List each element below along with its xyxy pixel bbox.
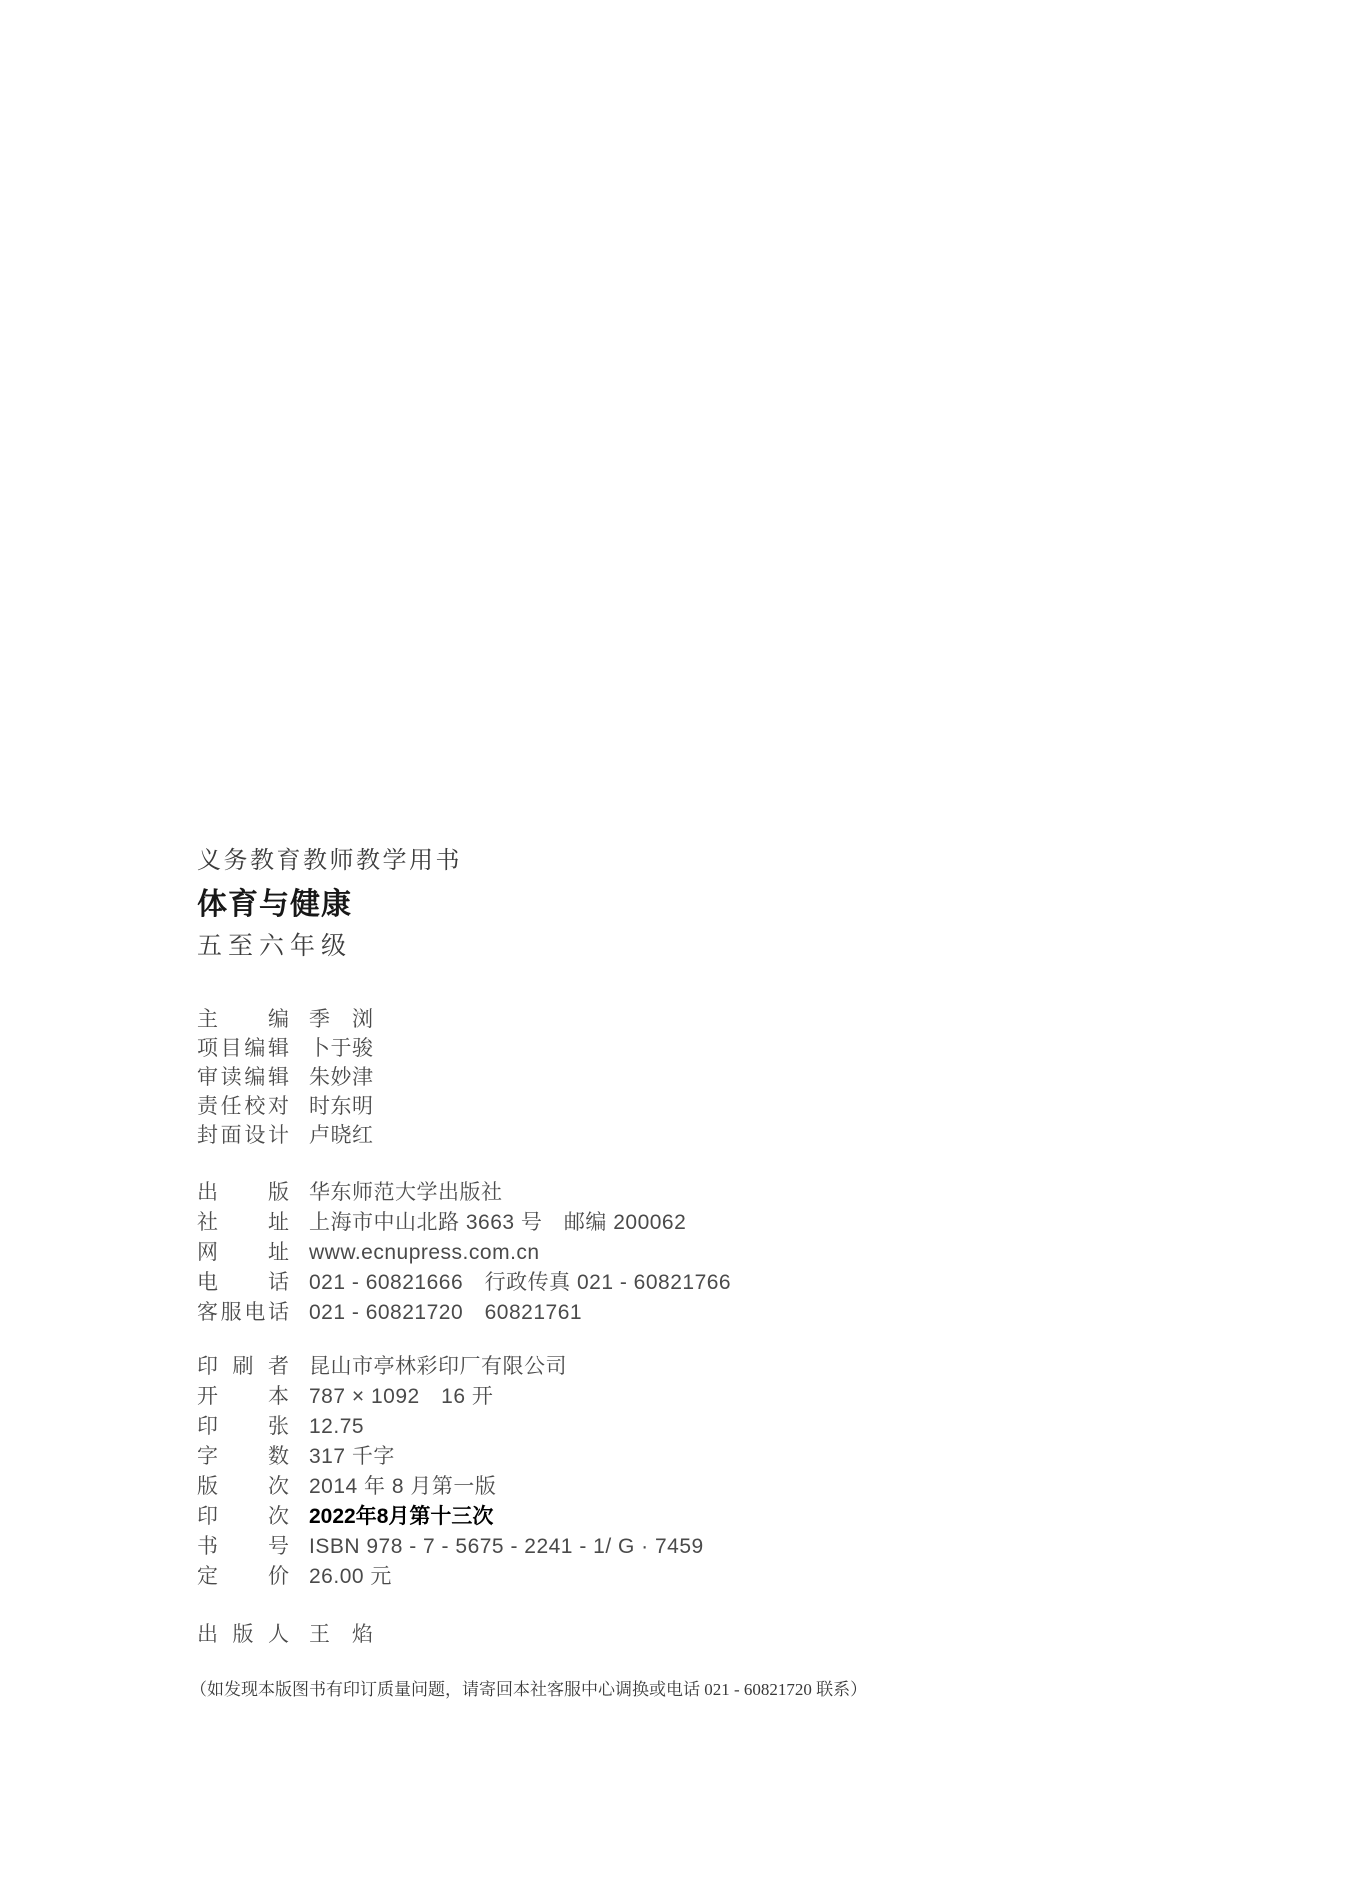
quality-notice-footnote: （如发现本版图书有印订质量问题，请寄回本社客服中心调换或电话 021 - 608…	[190, 1678, 1147, 1702]
staff-value: 季 浏	[309, 1005, 374, 1034]
printing-value: 昆山市亭林彩印厂有限公司	[309, 1352, 567, 1382]
printing-row-word-count: 字数 317 千字	[197, 1442, 1147, 1472]
grade-subtitle: 五至六年级	[197, 931, 1147, 963]
staff-label: 责任校对	[197, 1092, 289, 1121]
publisher-value: 021 - 60821666 行政传真 021 - 60821766	[309, 1268, 731, 1298]
printing-label: 书号	[197, 1532, 289, 1562]
staff-label: 主编	[197, 1005, 289, 1034]
printing-info-block: 印刷者 昆山市亭林彩印厂有限公司 开本 787 × 1092 16 开 印张 1…	[197, 1352, 1147, 1592]
staff-row-project-editor: 项目编辑 卜于骏	[197, 1034, 1147, 1063]
publisher-row-website: 网址 www.ecnupress.com.cn	[197, 1238, 1147, 1268]
staff-row-review-editor: 审读编辑 朱妙津	[197, 1063, 1147, 1092]
publisher-label: 网址	[197, 1238, 289, 1268]
printing-row-edition: 版次 2014 年 8 月第一版	[197, 1472, 1147, 1502]
printing-value: 12.75	[309, 1412, 364, 1442]
publisher-person-label: 出版人	[197, 1620, 289, 1650]
printing-label: 印次	[197, 1502, 289, 1532]
printing-label: 字数	[197, 1442, 289, 1472]
staff-row-chief-editor: 主编 季 浏	[197, 1005, 1147, 1034]
publisher-label: 客服电话	[197, 1298, 289, 1328]
staff-row-cover-designer: 封面设计 卢晓红	[197, 1121, 1147, 1150]
printing-label: 开本	[197, 1382, 289, 1412]
publisher-person-value: 王 焰	[309, 1620, 374, 1650]
publisher-row-service-phone: 客服电话 021 - 60821720 60821761	[197, 1298, 1147, 1328]
staff-label: 封面设计	[197, 1121, 289, 1150]
printing-row-sheets: 印张 12.75	[197, 1412, 1147, 1442]
staff-value: 卢晓红	[309, 1121, 374, 1150]
printing-row-price: 定价 26.00 元	[197, 1562, 1147, 1592]
publisher-row-address: 社址 上海市中山北路 3663 号 邮编 200062	[197, 1208, 1147, 1238]
publisher-label: 电话	[197, 1268, 289, 1298]
series-title: 义务教育教师教学用书	[197, 845, 1147, 877]
publisher-row-press: 出版 华东师范大学出版社	[197, 1178, 1147, 1208]
printing-value: 2014 年 8 月第一版	[309, 1472, 496, 1502]
staff-credits-block: 主编 季 浏 项目编辑 卜于骏 审读编辑 朱妙津 责任校对 时东明 封面设计 卢…	[197, 1005, 1147, 1150]
printing-value: 317 千字	[309, 1442, 395, 1472]
staff-label: 项目编辑	[197, 1034, 289, 1063]
publisher-value: 华东师范大学出版社	[309, 1178, 503, 1208]
publisher-label: 社址	[197, 1208, 289, 1238]
staff-row-proofreader: 责任校对 时东明	[197, 1092, 1147, 1121]
printing-label: 定价	[197, 1562, 289, 1592]
publisher-value: 021 - 60821720 60821761	[309, 1298, 582, 1328]
printing-label: 印刷者	[197, 1352, 289, 1382]
publisher-value: 上海市中山北路 3663 号 邮编 200062	[309, 1208, 686, 1238]
staff-value: 朱妙津	[309, 1063, 374, 1092]
printing-value: 787 × 1092 16 开	[309, 1382, 493, 1412]
staff-label: 审读编辑	[197, 1063, 289, 1092]
printing-row-impression: 印次 2022年8月第十三次	[197, 1502, 1147, 1532]
publisher-label: 出版	[197, 1178, 289, 1208]
printing-value: 26.00 元	[309, 1562, 392, 1592]
printing-value: 2022年8月第十三次	[309, 1502, 493, 1532]
printing-label: 版次	[197, 1472, 289, 1502]
printing-value: ISBN 978 - 7 - 5675 - 2241 - 1/ G · 7459	[309, 1532, 704, 1562]
colophon-page: 义务教育教师教学用书 体育与健康 五至六年级 主编 季 浏 项目编辑 卜于骏 审…	[197, 845, 1147, 1702]
publisher-person-block: 出版人 王 焰	[197, 1620, 1147, 1650]
book-title: 体育与健康	[197, 887, 1147, 923]
staff-value: 时东明	[309, 1092, 374, 1121]
staff-value: 卜于骏	[309, 1034, 374, 1063]
printing-label: 印张	[197, 1412, 289, 1442]
publisher-value: www.ecnupress.com.cn	[309, 1238, 540, 1268]
printing-row-printer: 印刷者 昆山市亭林彩印厂有限公司	[197, 1352, 1147, 1382]
publisher-info-block: 出版 华东师范大学出版社 社址 上海市中山北路 3663 号 邮编 200062…	[197, 1178, 1147, 1328]
printing-row-format: 开本 787 × 1092 16 开	[197, 1382, 1147, 1412]
publisher-row-phone: 电话 021 - 60821666 行政传真 021 - 60821766	[197, 1268, 1147, 1298]
publisher-person-row: 出版人 王 焰	[197, 1620, 1147, 1650]
printing-row-isbn: 书号 ISBN 978 - 7 - 5675 - 2241 - 1/ G · 7…	[197, 1532, 1147, 1562]
